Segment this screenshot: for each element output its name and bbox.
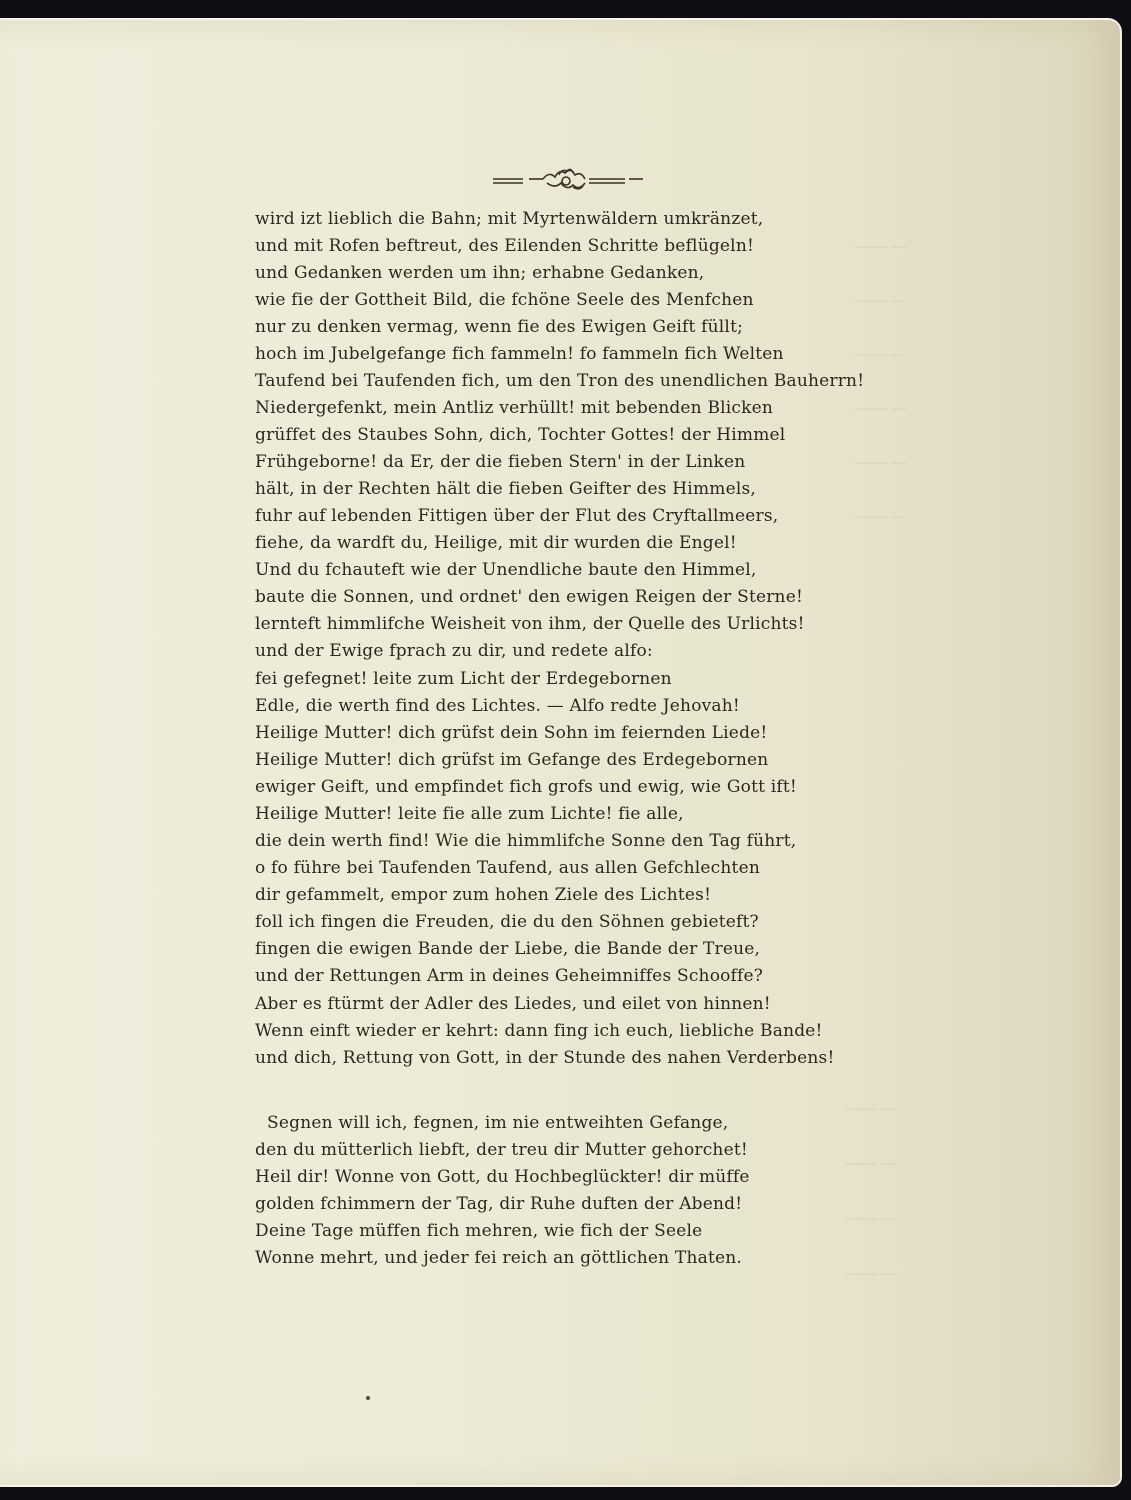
verse-line: o fo führe bei Taufenden Taufend, aus al… (255, 855, 760, 881)
verse-line: Heilige Mutter! dich grüfst dein Sohn im… (255, 720, 767, 746)
verse-line: und der Rettungen Arm in deines Geheimni… (255, 963, 763, 989)
headpiece-ornament-icon (493, 165, 643, 205)
verse-line: Deine Tage müffen fich mehren, wie fich … (255, 1218, 702, 1244)
verse-line: grüffet des Staubes Sohn, dich, Tochter … (255, 422, 785, 448)
verse-line: Wenn einft wieder er kehrt: dann fing ic… (255, 1018, 823, 1044)
bleed-through-mark: —— — (845, 1210, 897, 1228)
verse-line: nur zu denken vermag, wenn fie des Ewige… (255, 314, 743, 340)
bleed-through-mark: —— — (855, 238, 907, 256)
book-page: —— — —— — —— — —— — —— — —— — —— — —— — … (0, 18, 1122, 1487)
verse-line: Niedergefenkt, mein Antliz verhüllt! mit… (255, 395, 773, 421)
verse-line: hält, in der Rechten hält die fieben Gei… (255, 476, 756, 502)
verse-line: dir gefammelt, empor zum hohen Ziele des… (255, 882, 711, 908)
verse-line: foll ich fingen die Freuden, die du den … (255, 909, 759, 935)
verse-line: wird izt lieblich die Bahn; mit Myrtenwä… (255, 206, 763, 232)
verse-line-indented: Segnen will ich, fegnen, im nie entweiht… (267, 1110, 728, 1136)
verse-line: Wonne mehrt, und jeder fei reich an gött… (255, 1245, 742, 1271)
verse-line: fingen die ewigen Bande der Liebe, die B… (255, 936, 760, 962)
verse-line: Aber es ftürmt der Adler des Liedes, und… (255, 991, 771, 1017)
verse-line: fei gefegnet! leite zum Licht der Erdege… (255, 666, 672, 692)
verse-line: und mit Rofen beftreut, des Eilenden Sch… (255, 233, 754, 259)
verse-line: hoch im Jubelgefange fich fammeln! fo fa… (255, 341, 784, 367)
bleed-through-mark: —— — (855, 508, 907, 526)
paper-speck (366, 1396, 370, 1400)
bleed-through-mark: —— — (845, 1155, 897, 1173)
bleed-through-mark: —— — (855, 292, 907, 310)
verse-line: Edle, die werth find des Lichtes. — Alfo… (255, 693, 740, 719)
bleed-through-mark: —— — (845, 1265, 897, 1283)
verse-line: golden fchimmern der Tag, dir Ruhe dufte… (255, 1191, 742, 1217)
verse-line: und Gedanken werden um ihn; erhabne Geda… (255, 260, 704, 286)
scanned-page-background: —— — —— — —— — —— — —— — —— — —— — —— — … (0, 0, 1131, 1500)
verse-line: lernteft himmlifche Weisheit von ihm, de… (255, 611, 805, 637)
verse-line: und der Ewige fprach zu dir, und redete … (255, 638, 653, 664)
verse-line: Heilige Mutter! leite fie alle zum Licht… (255, 801, 684, 827)
verse-line: den du mütterlich liebft, der treu dir M… (255, 1137, 748, 1163)
verse-line: baute die Sonnen, und ordnet' den ewigen… (255, 584, 803, 610)
bleed-through-mark: —— — (855, 346, 907, 364)
verse-line: Taufend bei Taufenden fich, um den Tron … (255, 368, 864, 394)
verse-line: Und du fchauteft wie der Unendliche baut… (255, 557, 757, 583)
verse-line: ewiger Geift, und empfindet fich grofs u… (255, 774, 797, 800)
verse-line: Frühgeborne! da Er, der die fieben Stern… (255, 449, 745, 475)
verse-line: und dich, Rettung von Gott, in der Stund… (255, 1045, 835, 1071)
bleed-through-mark: —— — (855, 400, 907, 418)
bleed-through-mark: —— — (855, 454, 907, 472)
verse-line: Heilige Mutter! dich grüfst im Gefange d… (255, 747, 768, 773)
verse-line: Heil dir! Wonne von Gott, du Hochbeglück… (255, 1164, 750, 1190)
verse-line: fuhr auf lebenden Fittigen über der Flut… (255, 503, 778, 529)
verse-line: fiehe, da wardft du, Heilige, mit dir wu… (255, 530, 737, 556)
verse-line: wie fie der Gottheit Bild, die fchöne Se… (255, 287, 754, 313)
verse-line: die dein werth find! Wie die himmlifche … (255, 828, 796, 854)
bleed-through-mark: —— — (845, 1100, 897, 1118)
